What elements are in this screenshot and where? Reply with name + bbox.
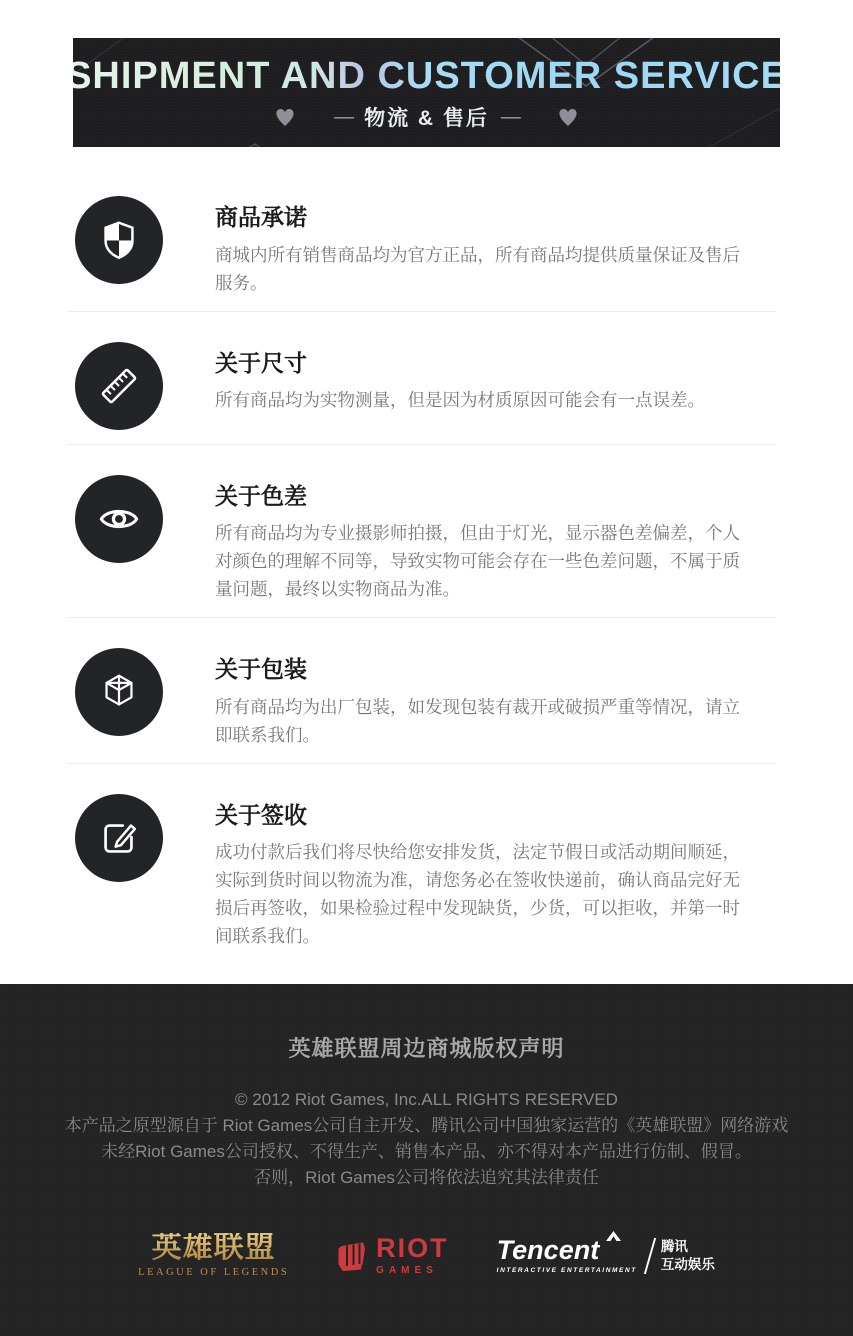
section-body: 所有商品均为实物测量，但是因为材质原因可能会有一点误差。: [215, 386, 705, 414]
tencent-cn-line2: 互动娱乐: [661, 1256, 715, 1274]
section-product-promise: 商品承诺 商城内所有销售商品均为官方正品，所有商品均提供质量保证及售后服务。: [0, 196, 853, 297]
footer-line: 未经Riot Games公司授权、不得生产、销售本产品、亦不得对本产品进行仿制、…: [0, 1139, 853, 1165]
section-body: 所有商品均为专业摄影师拍摄，但由于灯光，显示器色差偏差，个人对颜色的理解不同等，…: [215, 519, 752, 603]
edit-icon: [75, 794, 163, 882]
info-sections: 商品承诺 商城内所有销售商品均为官方正品，所有商品均提供质量保证及售后服务。 关…: [0, 196, 853, 950]
brand-logos: 英雄联盟 LEAGUE OF LEGENDS RIOT GAMES: [0, 1233, 853, 1278]
tencent-logo-sub: INTERACTIVE ENTERTAINMENT: [497, 1267, 637, 1274]
section-title: 关于尺寸: [215, 350, 705, 378]
section-body: 所有商品均为出厂包装，如发现包装有裁开或破损严重等情况，请立即联系我们。: [215, 693, 752, 749]
riot-games-logo: RIOT GAMES: [337, 1236, 449, 1275]
lol-logo-en: LEAGUE OF LEGENDS: [138, 1267, 289, 1278]
section-title: 关于签收: [215, 802, 752, 830]
riot-logo-name: RIOT: [376, 1236, 449, 1260]
footer-legal-text: © 2012 Riot Games, Inc.ALL RIGHTS RESERV…: [0, 1087, 853, 1191]
section-title: 关于色差: [215, 483, 752, 511]
tencent-logo: Tencent INTERACTIVE ENTERTAINMENT 腾讯 互动娱…: [497, 1237, 715, 1274]
section-about-color: 关于色差 所有商品均为专业摄影师拍摄，但由于灯光，显示器色差偏差，个人对颜色的理…: [0, 475, 853, 604]
tencent-logo-name: Tencent: [497, 1237, 637, 1264]
copyright-footer: 英雄联盟周边商城版权声明 © 2012 Riot Games, Inc.ALL …: [0, 984, 853, 1336]
subtitle-dash-right: —: [501, 106, 519, 129]
league-of-legends-logo: 英雄联盟 LEAGUE OF LEGENDS: [138, 1233, 289, 1278]
tencent-cn-line1: 腾讯: [661, 1238, 715, 1256]
heart-icon: [274, 106, 296, 128]
riot-fist-icon: [337, 1240, 367, 1272]
section-divider: [67, 763, 775, 764]
ruler-icon: [75, 342, 163, 430]
footer-title: 英雄联盟周边商城版权声明: [0, 1032, 853, 1063]
section-title: 关于包装: [215, 656, 752, 684]
footer-line: 否则，Riot Games公司将依法追究其法律责任: [0, 1165, 853, 1191]
subtitle-dash-left: —: [334, 106, 352, 129]
footer-line: 本产品之原型源自于 Riot Games公司自主开发、腾讯公司中国独家运营的《英…: [0, 1113, 853, 1139]
box-icon: [75, 648, 163, 736]
heart-icon: [557, 106, 579, 128]
section-body: 商城内所有销售商品均为官方正品，所有商品均提供质量保证及售后服务。: [215, 241, 752, 297]
section-divider: [67, 617, 775, 618]
section-divider: [67, 444, 775, 445]
banner-title: SHIPMENT AND CUSTOMER SERVICE: [73, 57, 780, 97]
riot-logo-sub: GAMES: [376, 1265, 449, 1276]
section-about-size: 关于尺寸 所有商品均为实物测量，但是因为材质原因可能会有一点误差。: [0, 342, 853, 430]
shield-icon: [75, 196, 163, 284]
tencent-divider: [644, 1238, 656, 1274]
section-about-receipt: 关于签收 成功付款后我们将尽快给您安排发货，法定节假日或活动期间顺延，实际到货时…: [0, 794, 853, 951]
lol-logo-cn: 英雄联盟: [138, 1233, 289, 1263]
section-divider: [67, 311, 775, 312]
section-title: 商品承诺: [215, 204, 752, 232]
eye-icon: [75, 475, 163, 563]
section-body: 成功付款后我们将尽快给您安排发货，法定节假日或活动期间顺延，实际到货时间以物流为…: [215, 838, 752, 950]
shipment-service-banner: SHIPMENT AND CUSTOMER SERVICE — 物流 & 售后 …: [73, 38, 780, 147]
footer-line: © 2012 Riot Games, Inc.ALL RIGHTS RESERV…: [0, 1087, 853, 1113]
tencent-arrow-icon: [606, 1231, 621, 1241]
section-about-packaging: 关于包装 所有商品均为出厂包装，如发现包装有裁开或破损严重等情况，请立即联系我们…: [0, 648, 853, 749]
banner-subtitle: 物流 & 售后: [364, 102, 489, 132]
